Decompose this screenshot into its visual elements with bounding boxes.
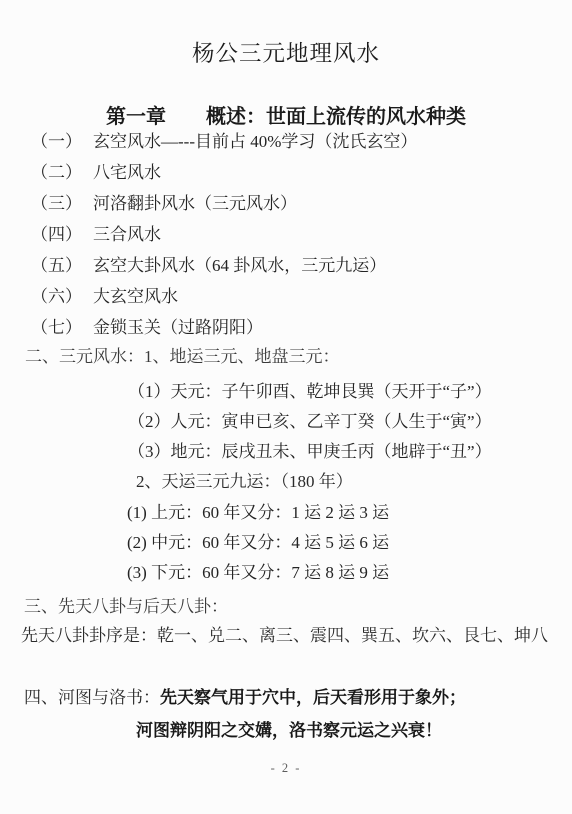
hetu-line1: 先天察气用于穴中，后天看形用于象外； bbox=[160, 688, 466, 707]
item-text: 玄空大卦风水（64 卦风水，三元九运） bbox=[93, 256, 386, 275]
hetu-label: 四、河图与洛书： bbox=[24, 688, 160, 707]
item-text: 玄空风水—---目前占 40%学习（沈氏玄空） bbox=[93, 132, 417, 151]
list-item: （六）大玄空风水 bbox=[31, 281, 417, 312]
list-item: (1) 上元：60 年又分：1 运 2 运 3 运 bbox=[127, 498, 389, 528]
list-item: （七）金锁玉关（过路阴阳） bbox=[31, 312, 417, 343]
section-bagua-heading: 三、先天八卦与后天八卦： bbox=[24, 596, 228, 618]
item-text: 金锁玉关（过路阴阳） bbox=[93, 318, 263, 337]
item-marker: （七） bbox=[31, 318, 82, 337]
list-item: （五）玄空大卦风水（64 卦风水，三元九运） bbox=[31, 250, 417, 281]
item-marker: （六） bbox=[31, 287, 82, 306]
item-marker: （二） bbox=[31, 163, 82, 182]
document-title: 杨公三元地理风水 bbox=[0, 36, 572, 68]
list-item: （三）河洛翻卦风水（三元风水） bbox=[31, 188, 417, 219]
hetu-line2: 河图辩阴阳之交媾，洛书察元运之兴衰！ bbox=[136, 720, 442, 742]
list-item: (2) 中元：60 年又分：4 运 5 运 6 运 bbox=[127, 528, 389, 558]
chapter-title: 概述：世面上流传的风水种类 bbox=[206, 100, 466, 129]
document-page: 杨公三元地理风水 第一章 概述：世面上流传的风水种类 （一）玄空风水—---目前… bbox=[0, 0, 572, 814]
list-item: （四）三合风水 bbox=[31, 219, 417, 250]
page-number: - 2 - bbox=[0, 761, 572, 776]
item-text: 河洛翻卦风水（三元风水） bbox=[93, 194, 297, 213]
section-hetu-luoshu: 四、河图与洛书：先天察气用于穴中，后天看形用于象外； bbox=[24, 687, 466, 709]
item-marker: （三） bbox=[31, 194, 82, 213]
item-marker: （一） bbox=[31, 132, 82, 151]
list-item: （2）人元：寅申已亥、乙辛丁癸（人生于“寅”） bbox=[128, 407, 492, 437]
list-item: （一）玄空风水—---目前占 40%学习（沈氏玄空） bbox=[31, 126, 417, 157]
diyun-sub-list: （1）天元：子午卯酉、乾坤艮巽（天开于“子”） （2）人元：寅申已亥、乙辛丁癸（… bbox=[128, 377, 492, 467]
section-sanyuan-heading: 二、三元风水：1、地运三元、地盘三元： bbox=[25, 346, 340, 368]
chapter-number: 第一章 bbox=[106, 100, 166, 129]
list-item: （3）地元：辰戌丑未、甲庚壬丙（地辟于“丑”） bbox=[128, 437, 492, 467]
item-text: 三合风水 bbox=[93, 225, 161, 244]
tianyun-heading: 2、天运三元九运：（180 年） bbox=[136, 471, 353, 493]
item-text: 大玄空风水 bbox=[93, 287, 178, 306]
fengshui-type-list: （一）玄空风水—---目前占 40%学习（沈氏玄空） （二）八宅风水 （三）河洛… bbox=[31, 126, 417, 343]
item-marker: （五） bbox=[31, 256, 82, 275]
tianyun-sub-list: (1) 上元：60 年又分：1 运 2 运 3 运 (2) 中元：60 年又分：… bbox=[127, 498, 389, 588]
list-item: (3) 下元：60 年又分：7 运 8 运 9 运 bbox=[127, 558, 389, 588]
list-item: （1）天元：子午卯酉、乾坤艮巽（天开于“子”） bbox=[128, 377, 492, 407]
bagua-sequence: 先天八卦卦序是：乾一、兑二、离三、震四、巽五、坎六、艮七、坤八 bbox=[21, 625, 548, 647]
chapter-heading: 第一章 概述：世面上流传的风水种类 bbox=[0, 100, 572, 129]
item-marker: （四） bbox=[31, 225, 82, 244]
list-item: （二）八宅风水 bbox=[31, 157, 417, 188]
item-text: 八宅风水 bbox=[93, 163, 161, 182]
